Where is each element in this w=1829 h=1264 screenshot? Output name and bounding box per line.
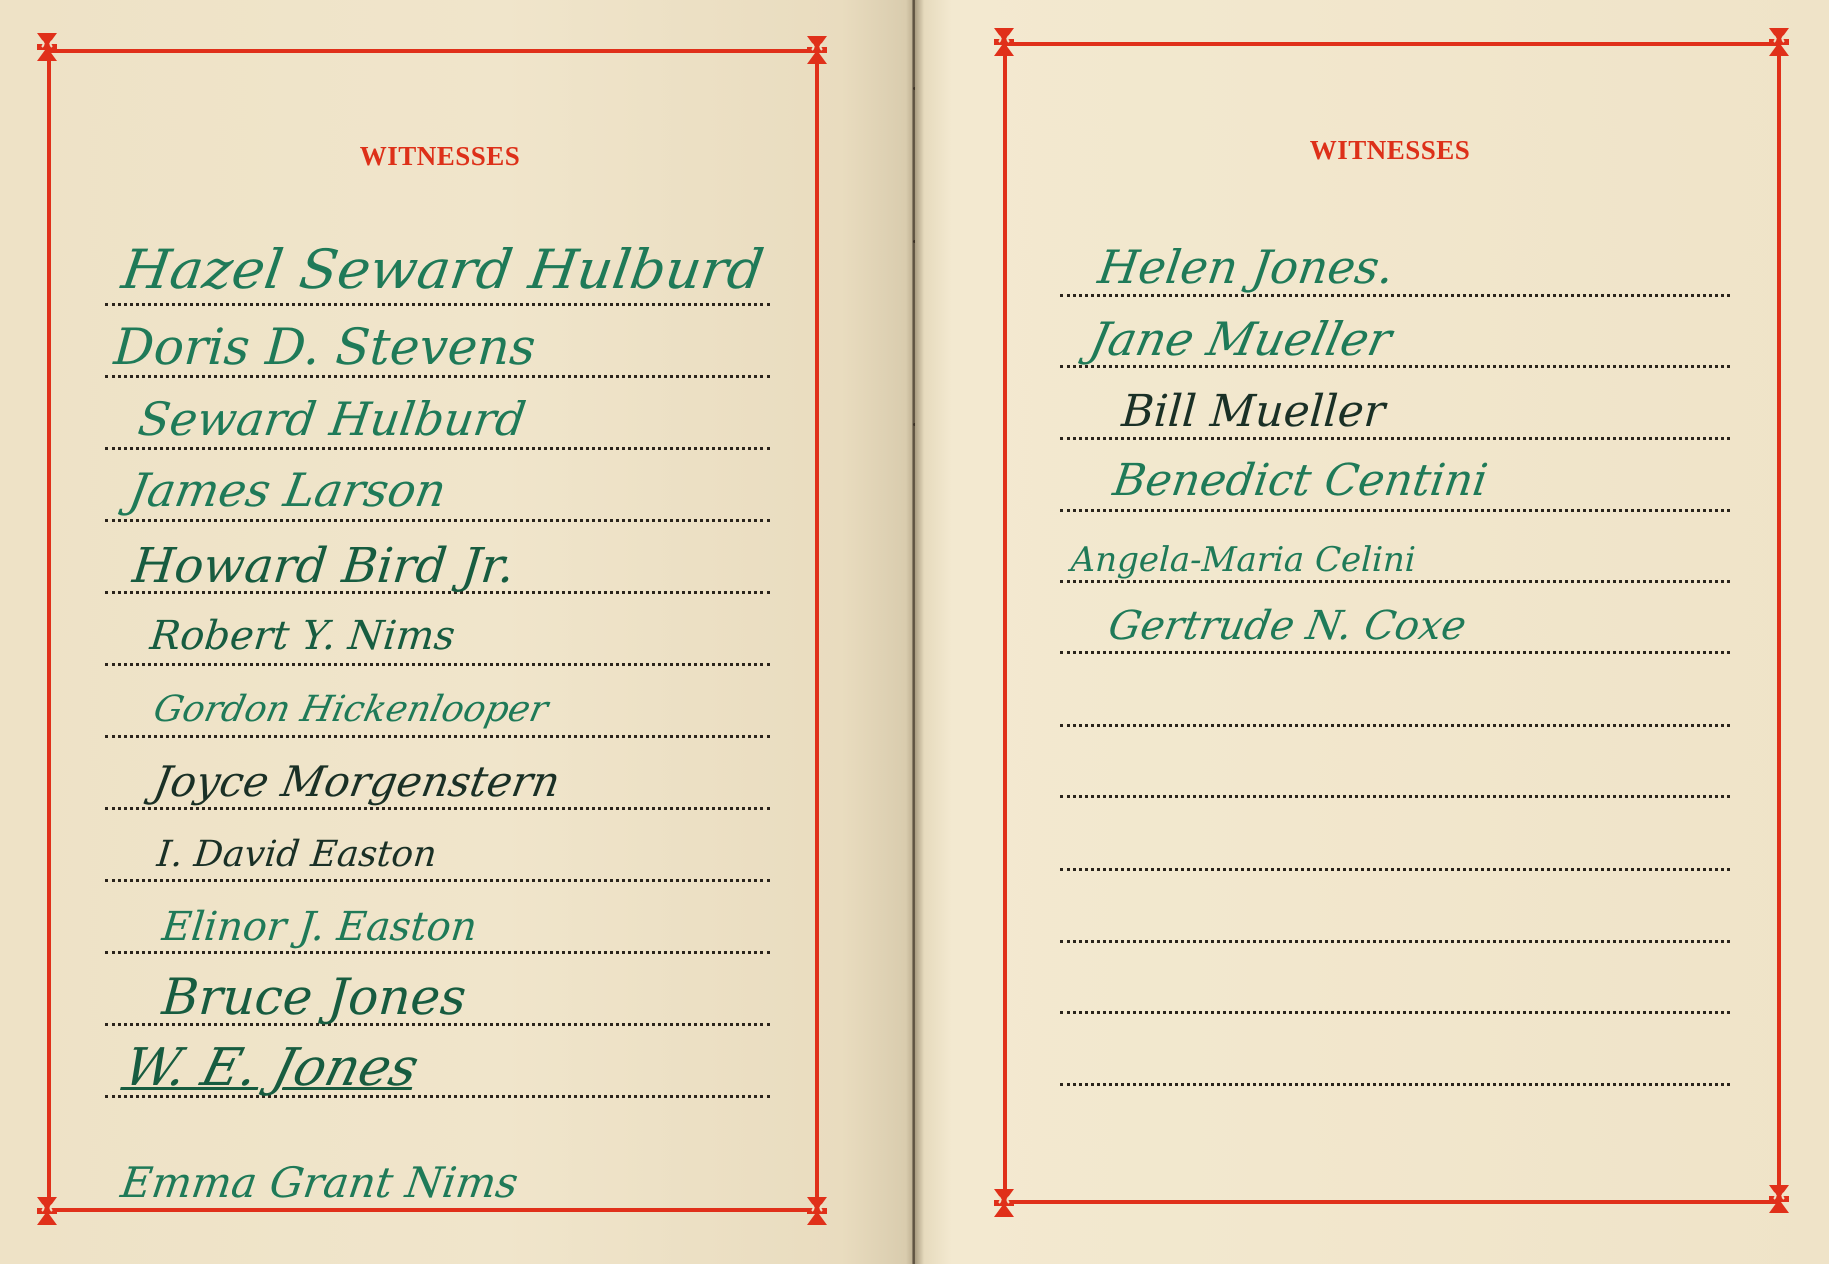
signature-line [1060,437,1730,440]
signature: Emma Grant Nims [118,1158,521,1207]
right-page: WITNESSES Helen Jones. Jane Mueller Bill… [915,0,1829,1264]
maltese-cross-icon [993,1188,1015,1218]
signature-line [1060,580,1730,583]
signature-line [1060,294,1730,297]
signature-line [105,807,770,810]
left-page: WITNESSES Hazel Seward Hulburd Doris D. … [0,0,915,1264]
signature: James Larson [125,463,450,517]
signature-line [105,447,770,450]
maltese-cross-icon [806,1196,828,1226]
signature: W. E. Jones [118,1038,425,1098]
signature-line [105,879,770,882]
maltese-cross-icon [993,27,1015,57]
signature: I. David Easton [155,834,439,875]
signature-line [1060,940,1730,943]
signature: Robert Y. Nims [148,613,457,659]
maltese-cross-icon [1768,1184,1790,1214]
signature-line [1060,868,1730,871]
signature: Howard Bird Jr. [130,538,517,594]
signature: Gertrude N. Coxe [1105,603,1470,649]
signature-line [1060,651,1730,654]
booklet-spread: WITNESSES Hazel Seward Hulburd Doris D. … [0,0,1829,1264]
maltese-cross-icon [36,1196,58,1226]
signature-line [105,303,770,306]
signature: Benedict Centini [1110,455,1491,506]
signature: Hazel Seward Hulburd [118,238,768,301]
signature-line [1060,724,1730,727]
signature: Bill Mueller [1120,386,1387,437]
signature-line [105,951,770,954]
signature: Helen Jones. [1095,240,1397,294]
signature: Joyce Morgenstern [150,757,564,806]
signature: Seward Hulburd [135,392,529,446]
signature-line [1060,509,1730,512]
signature: Doris D. Stevens [112,318,537,376]
signature-line [105,663,770,666]
signature-line [1060,795,1730,798]
signature: Gordon Hickenlooper [150,689,552,730]
signature: Bruce Jones [160,968,468,1026]
maltese-cross-icon [806,35,828,65]
signature-line [105,519,770,522]
signature-line [1060,1083,1730,1086]
signature: Elinor J. Easton [160,904,479,950]
page-title: WITNESSES [360,141,521,172]
signature: Angela-Maria Celini [1070,540,1416,580]
signature-line [1060,1011,1730,1014]
maltese-cross-icon [1768,27,1790,57]
page-title: WITNESSES [1310,135,1471,166]
signature-line [105,735,770,738]
maltese-cross-icon [36,32,58,62]
signature: Jane Mueller [1085,312,1396,366]
